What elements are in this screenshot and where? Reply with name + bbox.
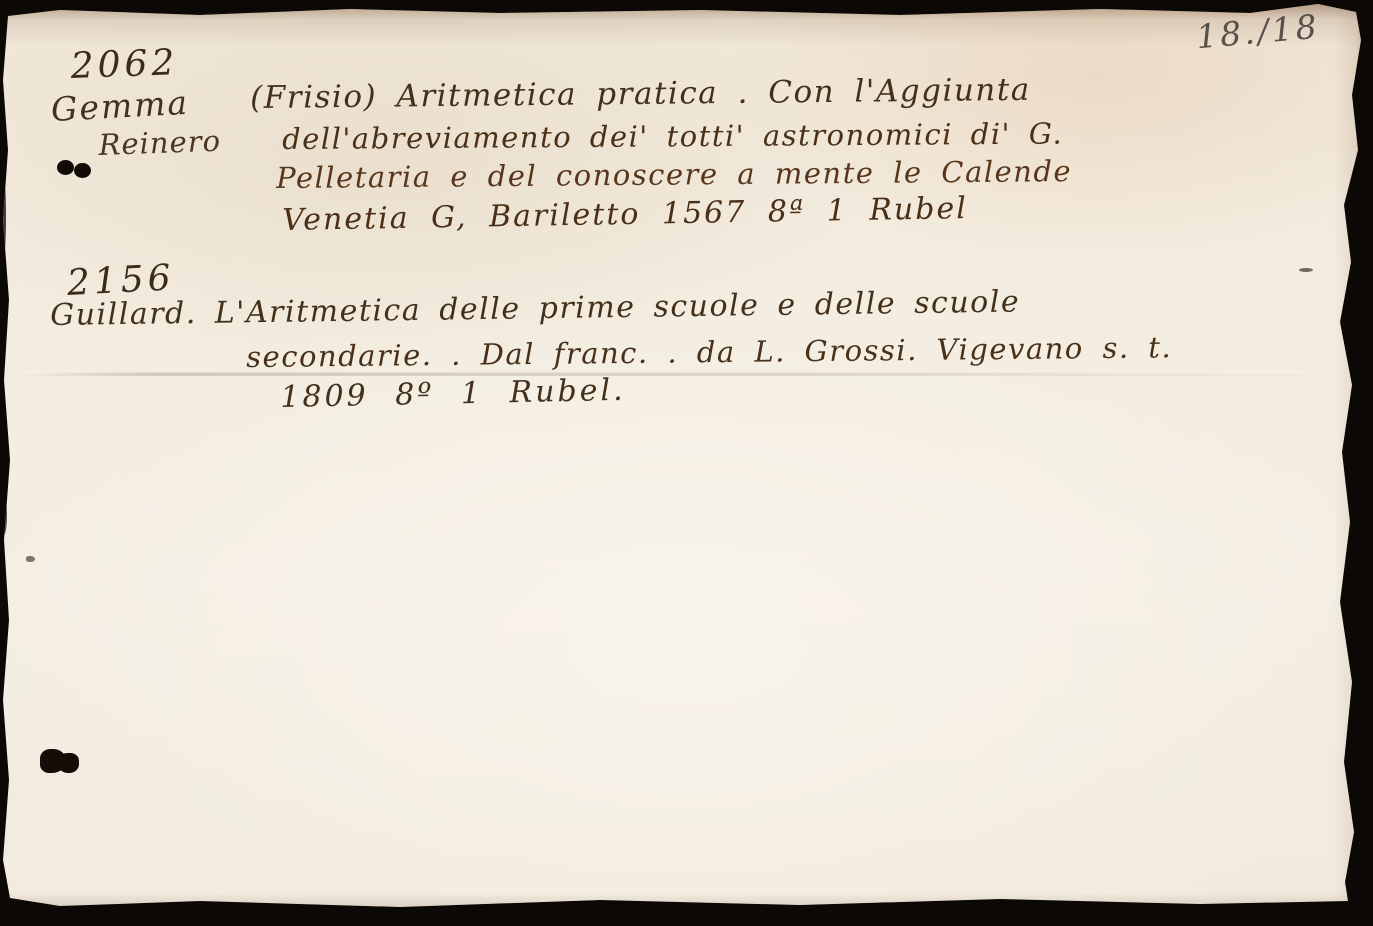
edge-speck [1299, 268, 1313, 272]
ink-blot [40, 749, 66, 773]
edge-speck [1, 300, 5, 360]
page-number-annotation: 18./18 [1195, 7, 1322, 57]
entry-number: 2062 [70, 42, 179, 87]
entry-imprint-line: 1809 8º 1 Rubel. [280, 373, 626, 415]
entry-text-line: Pelletaria e del conoscere a mente le Ca… [276, 154, 1072, 195]
bottom-edge-shadow [0, 892, 1373, 926]
edge-speck [26, 556, 35, 562]
author-name-line: Reinero [98, 124, 222, 162]
punch-dot [57, 160, 74, 175]
entry-text-line: dell'abreviamento dei' totti' astronomic… [282, 117, 1063, 156]
author-name-line: Gemma [50, 83, 190, 129]
entry-text-line: secondarie. . Dal franc. . da L. Grossi.… [246, 330, 1172, 374]
entry-text-line: Guillard. L'Aritmetica delle prime scuol… [50, 284, 1020, 333]
entry-imprint-line: Venetia G, Bariletto 1567 8ª 1 Rubel [282, 191, 968, 238]
paper: 18./18 2062 Gemma Reinero (Frisio) Aritm… [0, 0, 1373, 926]
scanned-catalog-card: 18./18 2062 Gemma Reinero (Frisio) Aritm… [0, 0, 1373, 926]
edge-speck [0, 495, 7, 535]
entry-text-line: (Frisio) Aritmetica pratica . Con l'Aggi… [250, 72, 1031, 116]
punch-dot [74, 163, 91, 178]
edge-speck [0, 170, 6, 260]
paper-crease [20, 372, 1340, 376]
